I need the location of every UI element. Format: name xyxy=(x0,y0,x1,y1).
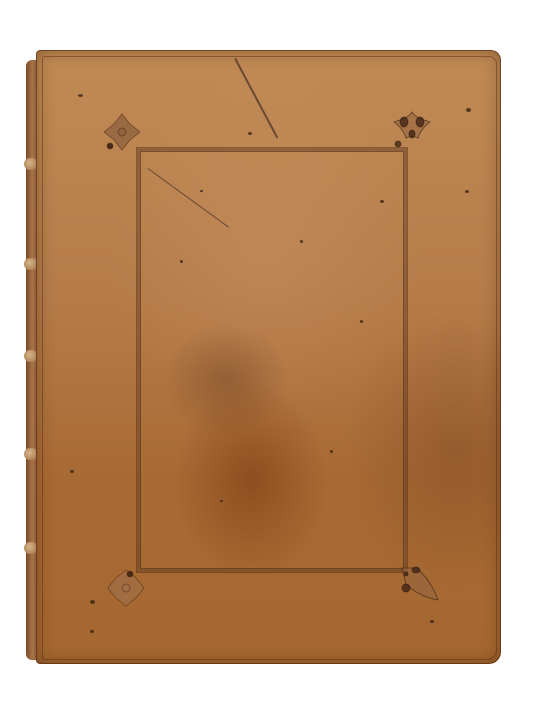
stain-spot xyxy=(330,450,333,453)
stain-spot xyxy=(180,260,183,263)
corner-ornament-bottom-left-icon xyxy=(104,566,148,610)
stain-spot xyxy=(300,240,303,243)
stain-spot xyxy=(200,190,203,192)
corner-ornament-top-left-icon xyxy=(100,110,144,154)
stain-spot xyxy=(465,190,469,193)
stain-spot xyxy=(90,630,94,633)
stain-spot xyxy=(220,500,223,502)
stain-spot xyxy=(248,132,252,135)
corner-ornament-bottom-right-icon xyxy=(396,562,440,606)
corner-ornament-top-right-icon xyxy=(390,108,434,152)
stain-spot xyxy=(78,94,83,97)
tooled-frame xyxy=(140,151,404,569)
stain-spot xyxy=(360,320,363,323)
stain-spot xyxy=(466,108,471,112)
stain-spot xyxy=(90,600,95,604)
stain-spot xyxy=(430,620,434,623)
stain-spot xyxy=(70,470,74,473)
stain-spot xyxy=(380,200,384,203)
